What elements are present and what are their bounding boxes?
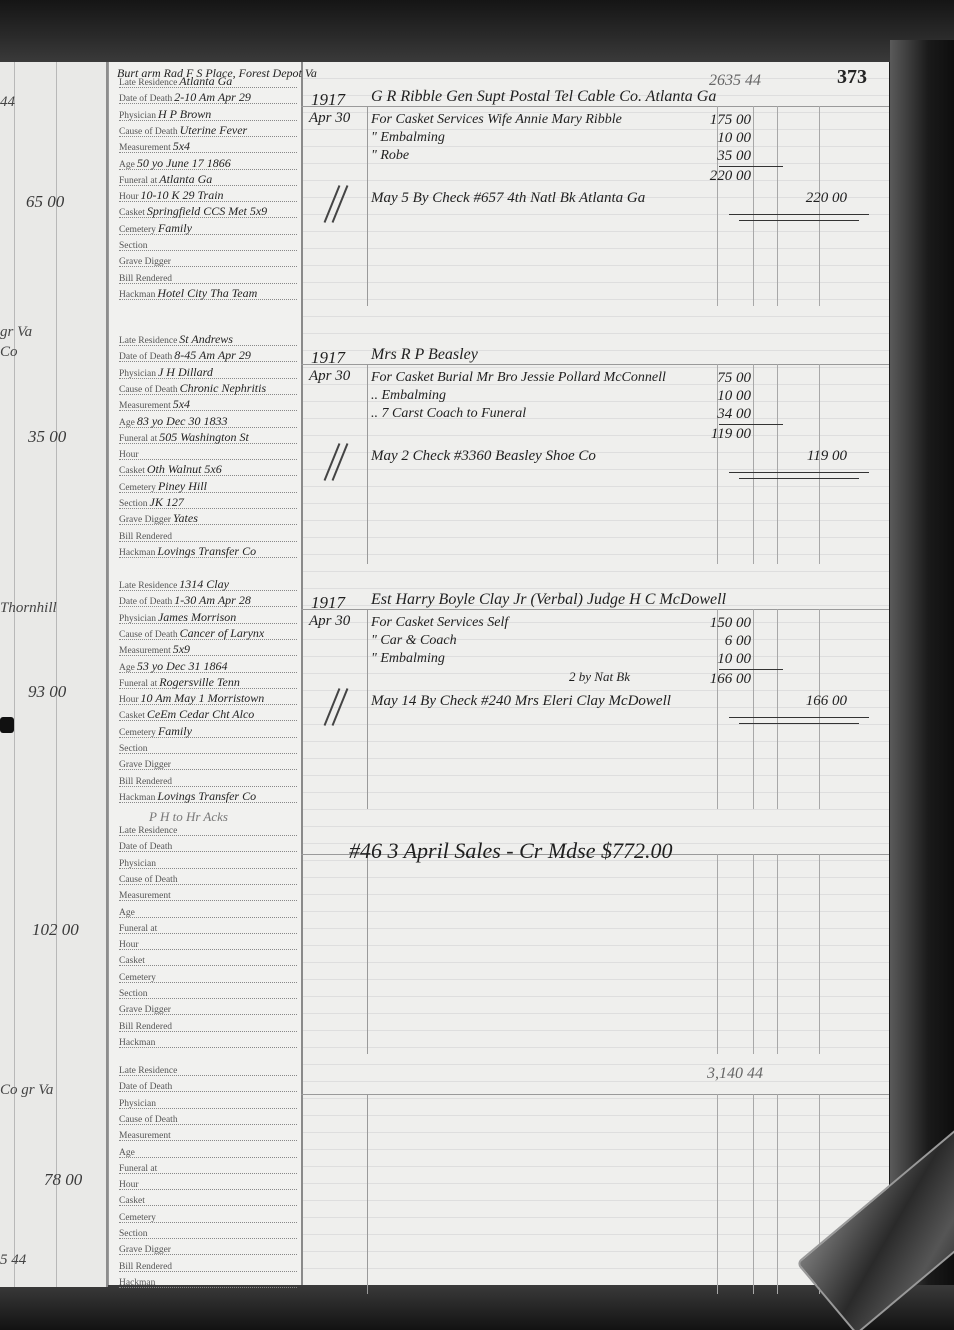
line-item-amount: 10 00 — [681, 388, 751, 405]
field-label: Cause of Death — [119, 630, 178, 640]
payment-amount: 166 00 — [777, 693, 847, 710]
payment-amount: 119 00 — [777, 448, 847, 465]
entry-rule — [301, 106, 889, 107]
field-label: Hour — [119, 695, 139, 705]
field-measurement: Measurement — [119, 1127, 297, 1141]
subtotal-rule — [719, 424, 783, 425]
subtotal-amount: 119 00 — [681, 426, 751, 443]
field-label: Hour — [119, 450, 139, 460]
date-column-rule — [367, 609, 368, 809]
field-label: Late Residence — [119, 1066, 177, 1076]
field-measurement: Measurement5x9 — [119, 642, 297, 656]
amount-column-rule — [753, 609, 754, 809]
field-casket: CasketSpringfield CCS Met 5x9 — [119, 204, 297, 218]
left-amount: 78 00 — [44, 1170, 82, 1190]
field-grave-digger: Grave DiggerYates — [119, 511, 297, 525]
line-item-description: .. Embalming — [371, 388, 446, 404]
field-label: Cemetery — [119, 1213, 156, 1223]
field-physician: Physician — [119, 855, 297, 869]
field-label: Funeral at — [119, 679, 157, 689]
field-section: SectionJK 127 — [119, 495, 297, 509]
entry-year: 1917 — [311, 593, 345, 613]
field-date-of-death: Date of Death — [119, 1078, 297, 1092]
field-hackman: HackmanLovings Transfer Co — [119, 544, 297, 558]
field-label: Physician — [119, 614, 156, 624]
field-value: 5x9 — [173, 642, 190, 656]
entry-year: 1917 — [311, 348, 345, 368]
field-cause-of-death: Cause of DeathCancer of Larynx — [119, 626, 297, 640]
field-value: St Andrews — [179, 332, 233, 346]
field-value: Lovings Transfer Co — [157, 544, 256, 558]
field-value: Lovings Transfer Co — [157, 789, 256, 803]
line-item-amount: 10 00 — [681, 130, 751, 147]
field-value: 1314 Clay — [179, 577, 229, 591]
field-late-residence: Late Residence1314 Clay — [119, 577, 297, 591]
payment-amount: 220 00 — [777, 190, 847, 207]
field-label: Date of Death — [119, 94, 172, 104]
field-casket: CasketOth Walnut 5x6 — [119, 462, 297, 476]
field-cause-of-death: Cause of DeathChronic Nephritis — [119, 381, 297, 395]
field-value: Hotel City Tha Team — [157, 286, 257, 300]
field-value: Family — [158, 724, 192, 738]
check-slash-mark — [332, 443, 349, 481]
payment-description: May 14 By Check #240 Mrs Eleri Clay McDo… — [371, 693, 671, 710]
subtotal-rule — [719, 669, 783, 670]
sales-note: #46 3 April Sales - Cr Mdse $772.00 — [349, 838, 672, 864]
field-value: Oth Walnut 5x6 — [147, 462, 222, 476]
left-fragment: gr Va — [0, 324, 32, 341]
field-cemetery: CemeteryFamily — [119, 221, 297, 235]
field-label: Cause of Death — [119, 1115, 178, 1125]
field-value: 505 Washington St — [159, 430, 249, 444]
field-label: Funeral at — [119, 176, 157, 186]
field-label: Bill Rendered — [119, 1262, 172, 1272]
field-casket: Casket — [119, 952, 297, 966]
entry-date: Apr 30 — [309, 613, 350, 630]
field-cemetery: Cemetery — [119, 969, 297, 983]
field-label: Grave Digger — [119, 1005, 171, 1015]
line-item-description: " Car & Coach — [371, 633, 457, 649]
field-value: Springfield CCS Met 5x9 — [147, 204, 267, 218]
field-label: Casket — [119, 956, 145, 966]
line-item-amount: 150 00 — [681, 615, 751, 632]
total-rule — [739, 723, 859, 724]
field-label: Grave Digger — [119, 257, 171, 267]
subtotal-amount: 220 00 — [681, 168, 751, 185]
field-hour: Hour — [119, 1176, 297, 1190]
field-late-residence: Late Residence — [119, 1062, 297, 1076]
field-date-of-death: Date of Death — [119, 838, 297, 852]
field-age: Age83 yo Dec 30 1833 — [119, 414, 297, 428]
line-item-description: " Embalming — [371, 651, 445, 667]
field-bill-rendered: Bill Rendered — [119, 1018, 297, 1032]
field-age: Age — [119, 1144, 297, 1158]
line-item-description: For Casket Services Self — [371, 615, 508, 631]
total-rule — [739, 478, 859, 479]
field-label: Casket — [119, 466, 145, 476]
line-item-amount: 10 00 — [681, 651, 751, 668]
field-label: Section — [119, 989, 148, 999]
field-label: Cause of Death — [119, 385, 178, 395]
field-physician: PhysicianJames Morrison — [119, 610, 297, 624]
left-amount: 102 00 — [32, 920, 79, 940]
field-value: 50 yo June 17 1866 — [137, 156, 231, 170]
field-label: Late Residence — [119, 78, 177, 88]
line-item-description: For Casket Services Wife Annie Mary Ribb… — [371, 112, 622, 128]
field-value: Uterine Fever — [180, 123, 248, 137]
account-name: G R Ribble Gen Supt Postal Tel Cable Co.… — [371, 88, 716, 106]
item-note: 2 by Nat Bk — [569, 669, 630, 685]
line-item-amount: 34 00 — [681, 406, 751, 423]
left-amount: 65 00 — [26, 192, 64, 212]
entry-date: Apr 30 — [309, 368, 350, 385]
field-value: H P Brown — [158, 107, 211, 121]
field-label: Cemetery — [119, 483, 156, 493]
running-total-bottom: 3,140 44 — [707, 1065, 763, 1083]
field-age: Age — [119, 904, 297, 918]
total-rule — [729, 472, 869, 473]
amount-column-rule — [753, 854, 754, 1054]
field-cause-of-death: Cause of Death — [119, 871, 297, 885]
field-cause-of-death: Cause of DeathUterine Fever — [119, 123, 297, 137]
total-rule — [729, 717, 869, 718]
field-cemetery: Cemetery — [119, 1209, 297, 1223]
field-label: Section — [119, 1229, 148, 1239]
left-fragment: 5 44 — [0, 1252, 26, 1269]
payment-description: May 5 By Check #657 4th Natl Bk Atlanta … — [371, 190, 645, 207]
field-value: 10-10 K 29 Train — [141, 188, 224, 202]
field-hour: Hour10-10 K 29 Train — [119, 188, 297, 202]
field-bill-rendered: Bill Rendered — [119, 528, 297, 542]
field-physician: PhysicianJ H Dillard — [119, 365, 297, 379]
line-item-amount: 6 00 — [681, 633, 751, 650]
field-funeral-at: Funeral at — [119, 920, 297, 934]
field-measurement: Measurement — [119, 887, 297, 901]
field-late-residence: Late ResidenceSt Andrews — [119, 332, 297, 346]
field-label: Section — [119, 241, 148, 251]
field-value: JK 127 — [150, 495, 184, 509]
total-rule — [739, 220, 859, 221]
field-value: 5x4 — [173, 139, 190, 153]
field-section: Section — [119, 985, 297, 999]
book-binding-bottom — [0, 1285, 954, 1330]
amount-column-rule — [753, 364, 754, 564]
field-funeral-at: Funeral atAtlanta Ga — [119, 172, 297, 186]
field-label: Hackman — [119, 548, 155, 558]
field-label: Measurement — [119, 891, 171, 901]
field-label: Section — [119, 499, 148, 509]
field-bill-rendered: Bill Rendered — [119, 270, 297, 284]
check-slash-mark — [332, 185, 349, 223]
field-section: Section — [119, 1225, 297, 1239]
amount-column-rule — [819, 854, 820, 1054]
field-physician: PhysicianH P Brown — [119, 107, 297, 121]
field-label: Cause of Death — [119, 127, 178, 137]
field-value: Chronic Nephritis — [180, 381, 267, 395]
payment-description: May 2 Check #3360 Beasley Shoe Co — [371, 448, 596, 465]
field-label: Physician — [119, 369, 156, 379]
field-label: Casket — [119, 711, 145, 721]
book-binding-right — [890, 40, 954, 1330]
field-hackman: Hackman — [119, 1034, 297, 1048]
field-label: Cause of Death — [119, 875, 178, 885]
field-label: Casket — [119, 1196, 145, 1206]
field-section: Section — [119, 237, 297, 251]
field-funeral-at: Funeral atRogersville Tenn — [119, 675, 297, 689]
line-item-amount: 35 00 — [681, 148, 751, 165]
field-label: Measurement — [119, 401, 171, 411]
field-label: Age — [119, 160, 135, 170]
field-label: Bill Rendered — [119, 777, 172, 787]
entry-rule — [301, 609, 889, 610]
field-value: 10 Am May 1 Morristown — [141, 691, 265, 705]
field-label: Funeral at — [119, 1164, 157, 1174]
field-label: Hour — [119, 1180, 139, 1190]
field-bill-rendered: Bill Rendered — [119, 773, 297, 787]
field-value: 8-45 Am Apr 29 — [174, 348, 251, 362]
field-label: Grave Digger — [119, 1245, 171, 1255]
field-hackman: HackmanHotel City Tha Team — [119, 286, 297, 300]
field-value: 83 yo Dec 30 1833 — [137, 414, 228, 428]
field-label: Cemetery — [119, 728, 156, 738]
book-binding-top — [0, 0, 954, 62]
field-label: Section — [119, 744, 148, 754]
field-label: Late Residence — [119, 826, 177, 836]
line-item-amount: 75 00 — [681, 370, 751, 387]
ledger-page: Burt arm Rad F S Place, Forest Depot Va … — [108, 62, 889, 1285]
field-label: Funeral at — [119, 924, 157, 934]
entry-rule — [301, 1094, 889, 1095]
previous-page: 44 65 00 gr Va Co 35 00 Thornhill 93 00 … — [0, 62, 108, 1287]
field-value: Atlanta Ga — [159, 172, 212, 186]
left-fragment: Co — [0, 344, 18, 361]
field-value: 5x4 — [173, 397, 190, 411]
field-value: Atlanta Ga — [179, 74, 232, 88]
field-value: Family — [158, 221, 192, 235]
left-amount: 35 00 — [28, 427, 66, 447]
field-label: Hackman — [119, 290, 155, 300]
field-label: Hackman — [119, 1278, 155, 1288]
field-label: Hackman — [119, 793, 155, 803]
field-label: Age — [119, 1148, 135, 1158]
line-item-description: .. 7 Carst Coach to Funeral — [371, 406, 526, 422]
field-value: Rogersville Tenn — [159, 675, 240, 689]
field-label: Cemetery — [119, 973, 156, 983]
field-hackman: HackmanLovings Transfer Co — [119, 789, 297, 803]
line-item-description: " Embalming — [371, 130, 445, 146]
field-value: 53 yo Dec 31 1864 — [137, 659, 228, 673]
amount-column-rule — [717, 854, 718, 1054]
field-grave-digger: Grave Digger — [119, 253, 297, 267]
field-age: Age53 yo Dec 31 1864 — [119, 659, 297, 673]
field-label: Date of Death — [119, 1082, 172, 1092]
field-label: Measurement — [119, 143, 171, 153]
entry-rule — [301, 364, 889, 365]
left-fragment: 44 — [0, 94, 15, 111]
field-label: Date of Death — [119, 352, 172, 362]
field-date-of-death: Date of Death1-30 Am Apr 28 — [119, 593, 297, 607]
subtotal-amount: 166 00 — [681, 671, 751, 688]
field-label: Grave Digger — [119, 760, 171, 770]
field-label: Measurement — [119, 1131, 171, 1141]
amount-column-rule — [753, 106, 754, 306]
field-grave-digger: Grave Digger — [119, 1001, 297, 1015]
field-label: Funeral at — [119, 434, 157, 444]
field-value: Cancer of Larynx — [180, 626, 265, 640]
field-bill-rendered: Bill Rendered — [119, 1258, 297, 1272]
total-rule — [729, 214, 869, 215]
amount-column-rule — [777, 854, 778, 1054]
field-hour: Hour — [119, 446, 297, 460]
field-hackman: Hackman — [119, 1274, 297, 1288]
field-section: Section — [119, 740, 297, 754]
date-column-rule — [367, 106, 368, 306]
field-label: Late Residence — [119, 336, 177, 346]
field-date-of-death: Date of Death2-10 Am Apr 29 — [119, 90, 297, 104]
field-measurement: Measurement5x4 — [119, 139, 297, 153]
field-value: James Morrison — [158, 610, 236, 624]
amount-column-rule — [777, 1094, 778, 1294]
entry-date: Apr 30 — [309, 110, 350, 127]
field-measurement: Measurement5x4 — [119, 397, 297, 411]
left-fragment: Thornhill — [0, 600, 57, 617]
field-value: J H Dillard — [158, 365, 213, 379]
field-value: Piney Hill — [158, 479, 207, 493]
date-column-rule — [367, 854, 368, 1054]
field-label: Late Residence — [119, 581, 177, 591]
field-date-of-death: Date of Death8-45 Am Apr 29 — [119, 348, 297, 362]
date-column-rule — [367, 1094, 368, 1294]
running-total-top: 2635 44 — [709, 72, 761, 90]
field-label: Physician — [119, 859, 156, 869]
field-label: Measurement — [119, 646, 171, 656]
field-label: Date of Death — [119, 597, 172, 607]
entry-year: 1917 — [311, 90, 345, 110]
page-number: 373 — [837, 66, 867, 89]
field-label: Physician — [119, 111, 156, 121]
field-label: Grave Digger — [119, 515, 171, 525]
line-item-description: For Casket Burial Mr Bro Jessie Pollard … — [371, 370, 666, 386]
date-column-rule — [367, 364, 368, 564]
field-value: 2-10 Am Apr 29 — [174, 90, 251, 104]
field-age: Age50 yo June 17 1866 — [119, 156, 297, 170]
account-name: Est Harry Boyle Clay Jr (Verbal) Judge H… — [371, 591, 726, 609]
field-label: Bill Rendered — [119, 274, 172, 284]
field-value: 1-30 Am Apr 28 — [174, 593, 251, 607]
ink-blot — [0, 717, 14, 733]
amount-column-rule — [753, 1094, 754, 1294]
field-grave-digger: Grave Digger — [119, 1241, 297, 1255]
field-label: Hackman — [119, 1038, 155, 1048]
field-hour: Hour10 Am May 1 Morristown — [119, 691, 297, 705]
field-grave-digger: Grave Digger — [119, 756, 297, 770]
subtotal-rule — [719, 166, 783, 167]
field-value: CeEm Cedar Cht Alco — [147, 707, 254, 721]
field-label: Bill Rendered — [119, 1022, 172, 1032]
left-amount: 93 00 — [28, 682, 66, 702]
line-item-amount: 175 00 — [681, 112, 751, 129]
field-cause-of-death: Cause of Death — [119, 1111, 297, 1125]
field-label: Bill Rendered — [119, 532, 172, 542]
field-label: Hour — [119, 940, 139, 950]
field-label: Physician — [119, 1099, 156, 1109]
field-value: Yates — [173, 511, 198, 525]
field-late-residence: Late ResidenceAtlanta Ga — [119, 74, 297, 88]
amount-column-rule — [717, 1094, 718, 1294]
field-physician: Physician — [119, 1095, 297, 1109]
field-label: Hour — [119, 192, 139, 202]
account-name: Mrs R P Beasley — [371, 346, 478, 364]
field-hour: Hour — [119, 936, 297, 950]
field-funeral-at: Funeral at505 Washington St — [119, 430, 297, 444]
field-label: Age — [119, 908, 135, 918]
field-casket: Casket — [119, 1192, 297, 1206]
field-cemetery: CemeteryPiney Hill — [119, 479, 297, 493]
field-label: Age — [119, 663, 135, 673]
left-fragment: Co gr Va — [0, 1082, 53, 1099]
field-funeral-at: Funeral at — [119, 1160, 297, 1174]
field-label: Casket — [119, 208, 145, 218]
field-label: Date of Death — [119, 842, 172, 852]
line-item-description: " Robe — [371, 148, 409, 164]
field-label: Age — [119, 418, 135, 428]
check-slash-mark — [332, 688, 349, 726]
field-late-residence: Late Residence — [119, 822, 297, 836]
field-label: Cemetery — [119, 225, 156, 235]
field-casket: CasketCeEm Cedar Cht Alco — [119, 707, 297, 721]
field-cemetery: CemeteryFamily — [119, 724, 297, 738]
